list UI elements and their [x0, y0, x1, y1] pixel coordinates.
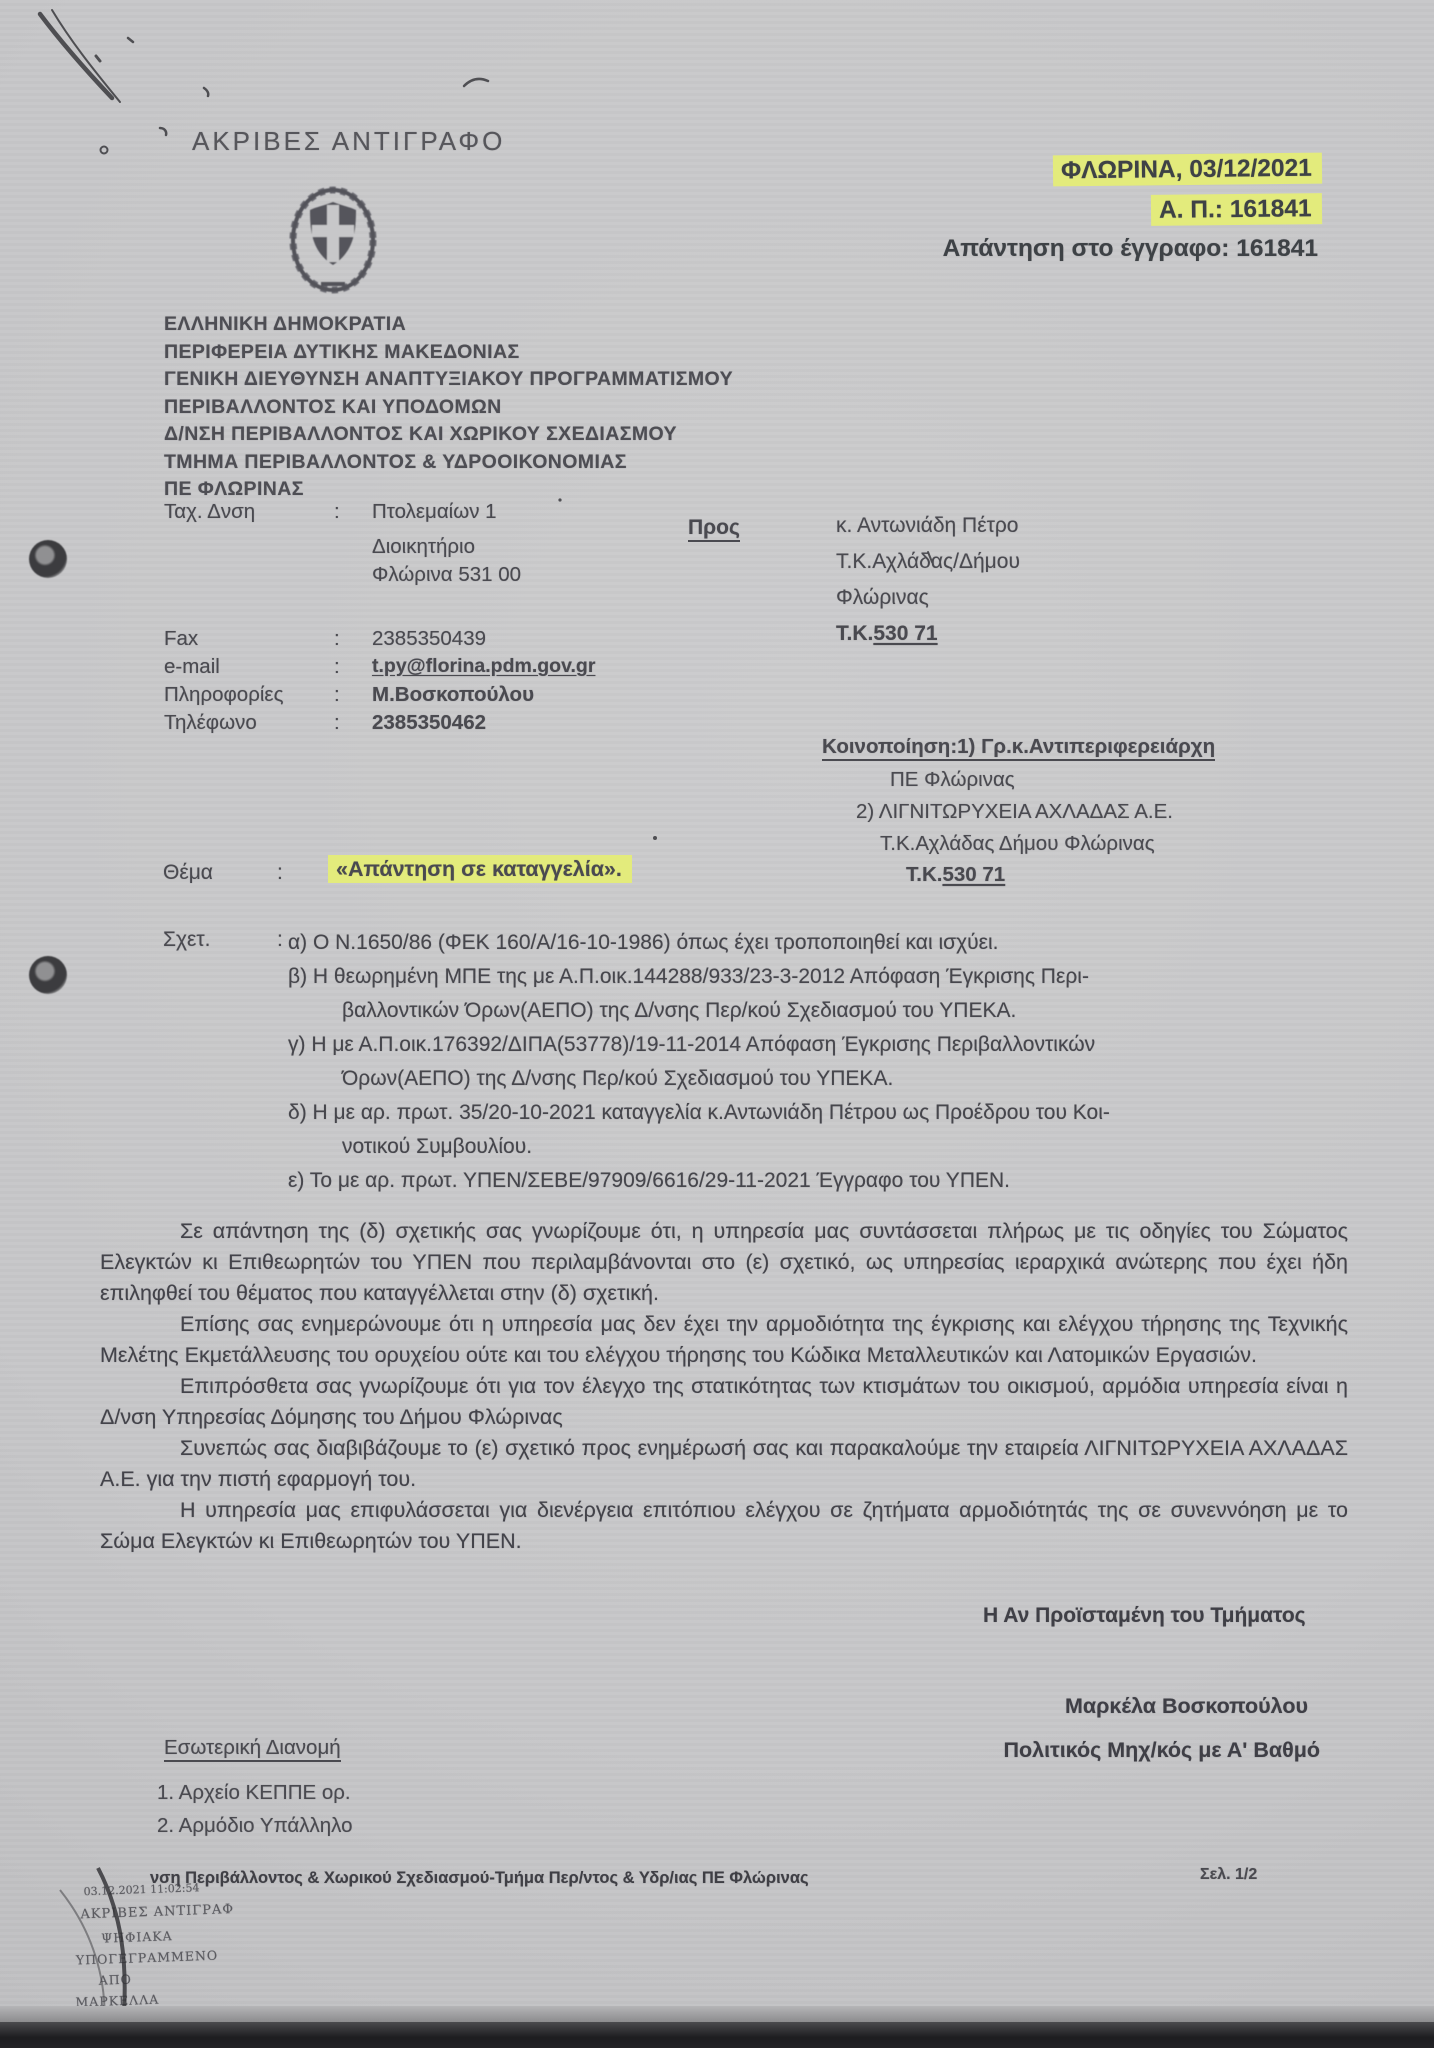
address-line: Φλώρινα 531 00: [372, 563, 521, 587]
references-list: α) Ο Ν.1650/86 (ΦΕΚ 160/Α/16-10-1986) όπ…: [288, 926, 1318, 1198]
separator: :: [334, 711, 340, 735]
address-line: Πτολεμαίων 1: [372, 500, 497, 524]
cc-line: Τ.Κ.Αχλάδας Δήμου Φλώρινας: [880, 832, 1155, 856]
reference-item: δ) Η με αρ. πρωτ. 35/20-10-2021 καταγγελ…: [288, 1096, 1318, 1130]
fax-value: 2385350439: [372, 627, 486, 651]
letterhead: ΕΛΛΗΝΙΚΗ ΔΗΜΟΚΡΑΤΙΑ ΠΕΡΙΦΕΡΕΙΑ ΔΥΤΙΚΗΣ Μ…: [164, 311, 733, 504]
footer-department-line: νση Περιβάλλοντος & Χωρικού Σχεδιασμού-Τ…: [150, 1869, 809, 1888]
letter-body: Σε απάντηση της (δ) σχετικής σας γνωρίζο…: [100, 1216, 1348, 1557]
internal-distribution-heading: Εσωτερική Διανομή: [164, 1736, 341, 1762]
email-value: t.py@florina.pdm.gov.gr: [372, 655, 595, 678]
cc-heading: Κοινοποίηση:1) Γρ.κ.Αντιπεριφερειάρχη: [822, 735, 1215, 761]
references-label: Σχετ.: [163, 928, 211, 952]
fax-label: Fax: [164, 627, 198, 651]
info-value: Μ.Βοσκοπούλου: [372, 683, 534, 707]
separator: :: [277, 928, 283, 952]
scan-edge-shadow: [0, 2006, 1434, 2022]
protocol-number: Α. Π.: 161841: [1151, 193, 1322, 226]
separator: :: [334, 683, 340, 707]
cc-postal-code: Τ.Κ.530 71: [906, 863, 1005, 887]
letterhead-line: ΓΕΝΙΚΗ ΔΙΕΥΘΥΝΣΗ ΑΝΑΠΤΥΞΙΑΚΟΥ ΠΡΟΓΡΑΜΜΑΤ…: [164, 366, 733, 394]
separator: :: [334, 655, 340, 679]
punch-hole: [29, 956, 67, 994]
letterhead-line: ΤΜΗΜΑ ΠΕΡΙΒΑΛΛΟΝΤΟΣ & ΥΔΡΟΟΙΚΟΝΟΜΙΑΣ: [164, 449, 733, 477]
phone-label: Τηλέφωνο: [164, 711, 257, 735]
reference-item: γ) Η με Α.Π.οικ.176392/ΔΙΠΑ(53778)/19-11…: [288, 1028, 1318, 1062]
postal-prefix: Τ.Κ.: [906, 863, 942, 886]
signer-role: Πολιτικός Μηχ/κός με Α' Βαθμό: [1004, 1738, 1320, 1763]
address-line: Διοικητήριο: [372, 535, 475, 559]
body-paragraph: Η υπηρεσία μας επιφυλάσσεται για διενέργ…: [100, 1495, 1348, 1557]
postal-code: 530 71: [942, 863, 1005, 886]
subject-text: «Απάντηση σε καταγγελία».: [328, 855, 632, 883]
reference-item-continuation: Όρων(ΑΕΠΟ) της Δ/νσης Περ/κού Σχεδιασμού…: [288, 1062, 1318, 1096]
internal-distribution-item: 1. Αρχείο ΚΕΠΠΕ ορ.: [157, 1781, 351, 1805]
letterhead-line: Δ/ΝΣΗ ΠΕΡΙΒΑΛΛΟΝΤΟΣ ΚΑΙ ΧΩΡΙΚΟΥ ΣΧΕΔΙΑΣΜ…: [164, 421, 733, 449]
letterhead-line: ΠΕΡΙΦΕΡΕΙΑ ΔΥΤΙΚΗΣ ΜΑΚΕΔΟΝΙΑΣ: [164, 339, 733, 367]
reply-reference: Απάντηση στο έγγραφο: 161841: [943, 235, 1322, 263]
reference-item: α) Ο Ν.1650/86 (ΦΕΚ 160/Α/16-10-1986) όπ…: [288, 926, 1318, 960]
reference-item: β) Η θεωρημένη ΜΠΕ της με Α.Π.οικ.144288…: [288, 960, 1318, 994]
cc-line: ΠΕ Φλώρινας: [890, 768, 1015, 792]
recipient-line: Τ.Κ.Αχλάδας/Δήμου: [836, 550, 1020, 574]
greek-emblem-icon: [281, 180, 385, 302]
email-label: e-mail: [164, 655, 220, 679]
postal-prefix: Τ.Κ.: [836, 622, 873, 645]
page-number: Σελ. 1/2: [1200, 1866, 1257, 1884]
recipient-label: Προς: [688, 516, 740, 542]
protocol-block: ΦΛΩΡΙΝΑ, 03/12/2021 Α. Π.: 161841 Απάντη…: [943, 154, 1322, 263]
separator: :: [277, 861, 283, 885]
phone-value: 2385350462: [372, 711, 486, 735]
letterhead-line: ΠΕΡΙΒΑΛΛΟΝΤΟΣ ΚΑΙ ΥΠΟΔΟΜΩΝ: [164, 394, 733, 422]
postal-code: 530 71: [873, 622, 937, 645]
reference-item-continuation: νοτικού Συμβουλίου.: [288, 1130, 1318, 1164]
body-paragraph: Επιπρόσθετα σας γνωρίζουμε ότι για τον έ…: [100, 1371, 1348, 1433]
certified-copy-stamp: ΑΚΡΙΒΕΣ ΑΝΤΙΓΡΑΦΟ: [192, 126, 505, 157]
reference-item: ε) Το με αρ. πρωτ. ΥΠΕΝ/ΣΕΒΕ/97909/6616/…: [288, 1164, 1318, 1198]
reference-item-continuation: βαλλοντικών Όρων(ΑΕΠΟ) της Δ/νσης Περ/κο…: [288, 994, 1318, 1028]
address-label: Ταχ. Δνση: [164, 500, 255, 524]
scanned-document-page: ΑΚΡΙΒΕΣ ΑΝΤΙΓΡΑΦΟ ΦΛΩΡΙΝΑ, 03/12/2021 Α.…: [0, 0, 1434, 2048]
info-label: Πληροφορίες: [164, 683, 283, 707]
subject-label: Θέμα: [163, 861, 213, 885]
body-paragraph: Επίσης σας ενημερώνουμε ότι η υπηρεσία μ…: [100, 1309, 1348, 1371]
letterhead-line: ΕΛΛΗΝΙΚΗ ΔΗΜΟΚΡΑΤΙΑ: [164, 311, 733, 339]
recipient-line: κ. Αντωνιάδη Πέτρο: [836, 514, 1019, 538]
recipient-postal-code: Τ.Κ.530 71: [836, 622, 938, 646]
cc-line: 2) ΛΙΓΝΙΤΩΡΥΧΕΙΑ ΑΧΛΑΔΑΣ Α.Ε.: [856, 800, 1173, 824]
scan-edge-dark-band: [0, 2022, 1434, 2048]
place-date: ΦΛΩΡΙΝΑ, 03/12/2021: [1053, 153, 1322, 187]
separator: :: [334, 627, 340, 651]
separator: :: [334, 500, 340, 524]
signer-name: Μαρκέλα Βοσκοπούλου: [1065, 1694, 1308, 1719]
internal-distribution-item: 2. Αρμόδιο Υπάλληλο: [157, 1814, 353, 1838]
signature-title: Η Αν Προϊσταμένη του Τμήματος: [983, 1604, 1306, 1628]
body-paragraph: Σε απάντηση της (δ) σχετικής σας γνωρίζο…: [100, 1216, 1348, 1309]
recipient-line: Φλώρινας: [836, 586, 929, 610]
punch-hole: [29, 540, 67, 578]
body-paragraph: Συνεπώς σας διαβιβάζουμε το (ε) σχετικό …: [100, 1433, 1348, 1495]
